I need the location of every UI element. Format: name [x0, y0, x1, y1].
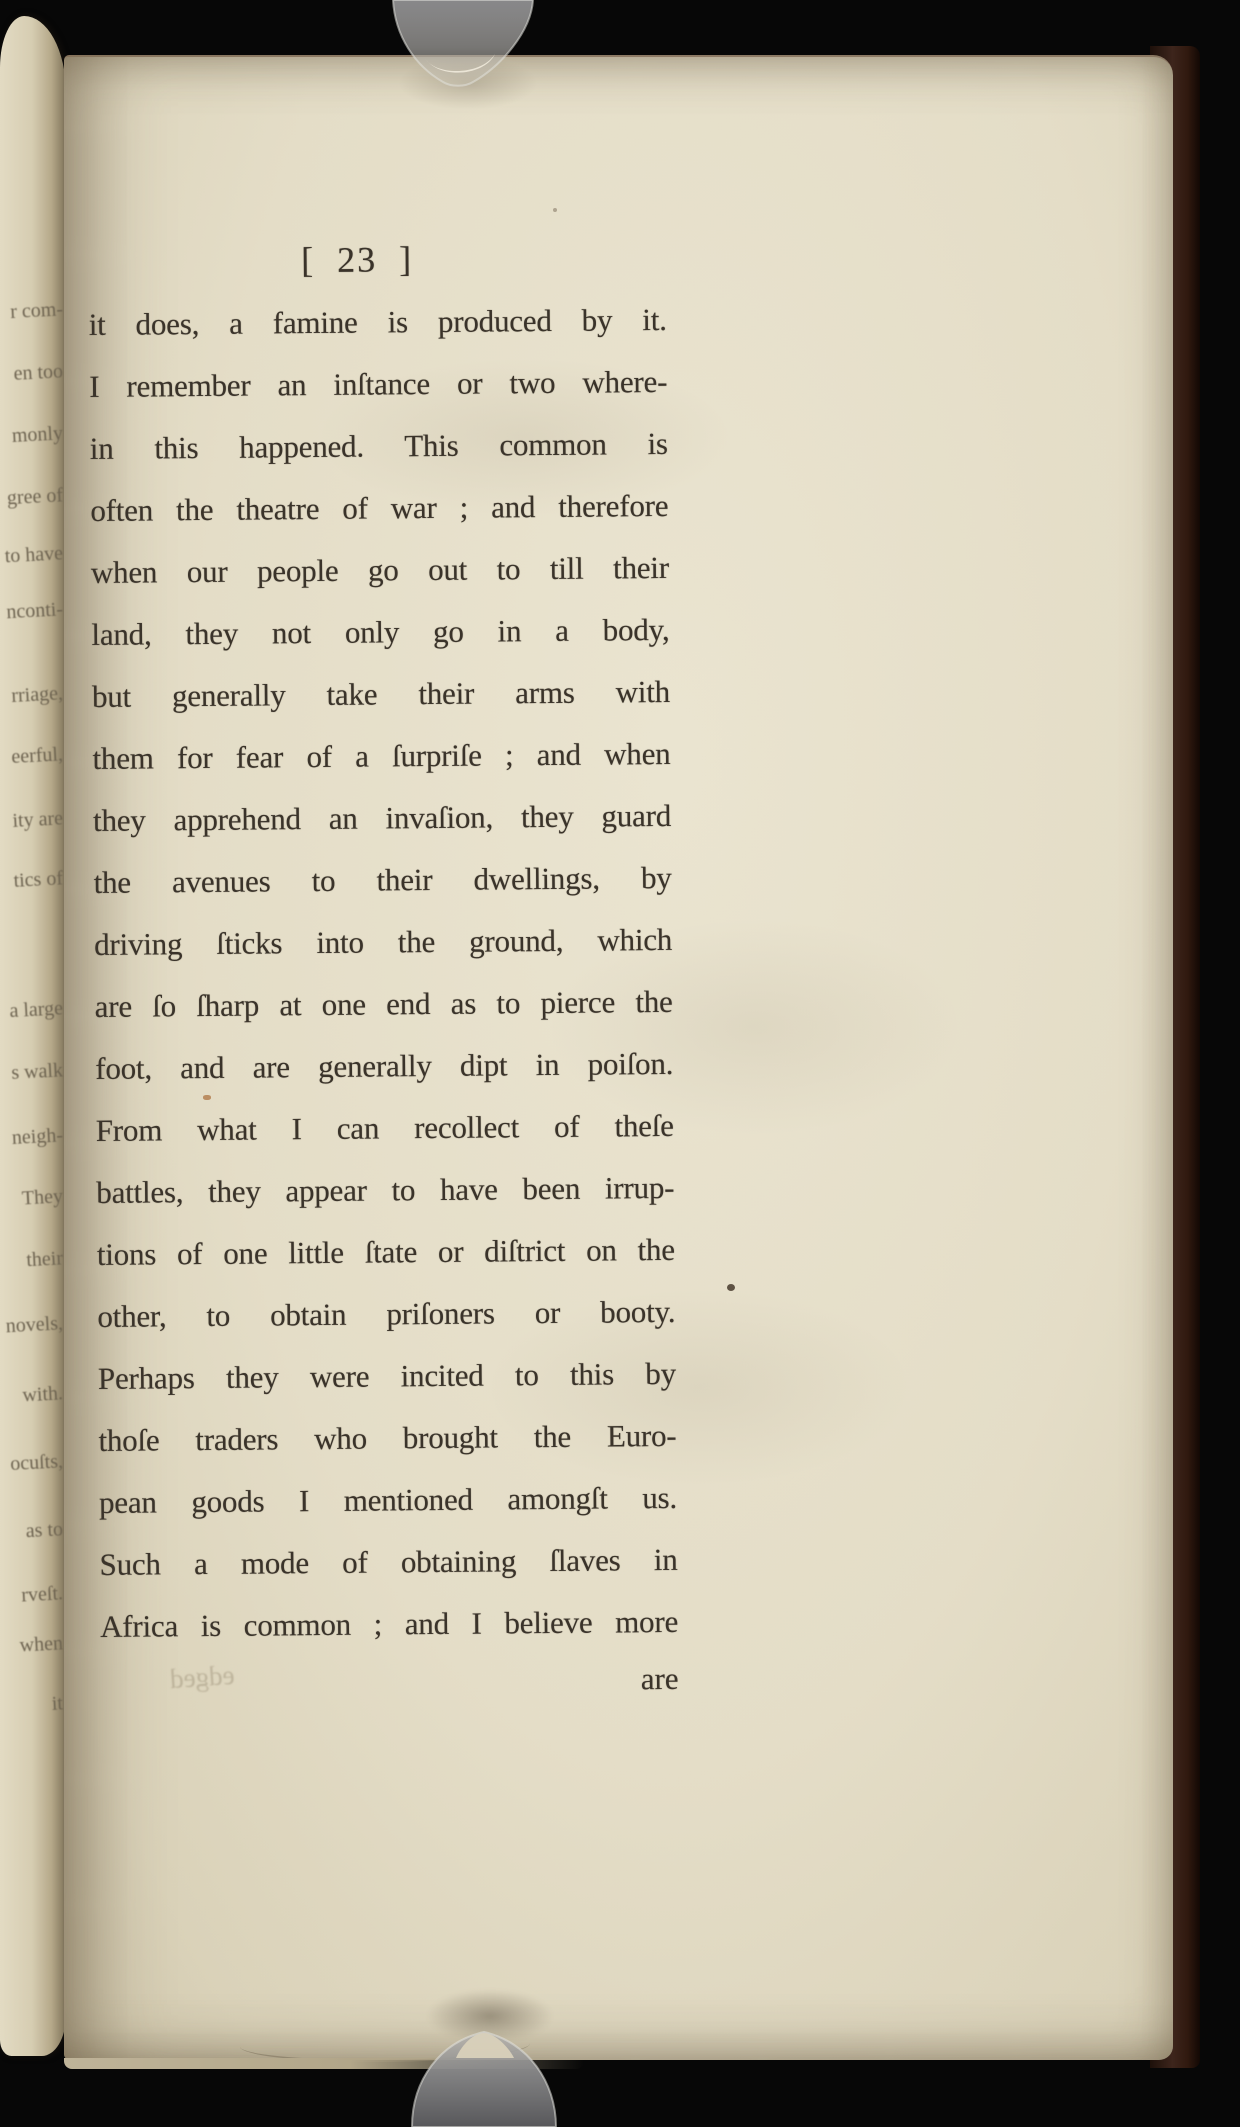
body-text: it does, a famine is produced by it.I re…	[88, 289, 678, 1658]
text-line: battles, they appear to have been irrup-	[96, 1157, 675, 1224]
text-line: driving ſticks into the ground, which	[94, 909, 673, 976]
margin-fragment: as to	[0, 1518, 64, 1543]
margin-fragment: rveſt.	[0, 1582, 64, 1607]
text-line: when our people go out to till their	[91, 537, 670, 604]
ghost-bleedthrough-text: edged	[169, 1660, 235, 1695]
margin-fragment: gree of	[0, 484, 64, 509]
margin-fragment: to have	[0, 542, 64, 567]
scan-background: { "book_page": { "header": "[ 23 ]", "li…	[0, 0, 1240, 2127]
text-line: I remember an inſtance or two where-	[89, 351, 668, 418]
text-line: are ſo ſharp at one end as to pierce the	[94, 971, 673, 1038]
text-line: other, to obtain priſoners or booty.	[97, 1281, 676, 1348]
margin-fragment: en too	[0, 360, 64, 385]
margin-fragment: with.	[0, 1382, 64, 1407]
margin-fragment: r com-	[0, 298, 64, 323]
text-line: Perhaps they were incited to this by	[98, 1343, 677, 1410]
book-scan: r com-en toomonlygree ofto havenconti-rr…	[0, 0, 1240, 2127]
text-line: but generally take their arms with	[92, 661, 671, 728]
paper-fleck	[203, 1095, 211, 1100]
text-line: foot, and are generally dipt in poiſon.	[95, 1033, 674, 1100]
text-line: From what I can recollect of theſe	[96, 1095, 675, 1162]
opposite-leaf-edge: r com-en toomonlygree ofto havenconti-rr…	[0, 0, 70, 2127]
margin-fragment: tics of	[0, 867, 64, 892]
text-line: thoſe traders who brought the Euro-	[98, 1405, 677, 1472]
margin-fragment: a large	[0, 997, 64, 1022]
margin-fragment: it	[0, 1692, 64, 1717]
margin-fragment: nconti-	[0, 598, 64, 623]
text-line: pean goods I mentioned amongſt us.	[99, 1467, 678, 1534]
margin-fragment: monly	[0, 422, 64, 447]
text-line: Africa is common ; and I believe more	[100, 1591, 679, 1658]
text-line: it does, a famine is produced by it.	[88, 289, 667, 356]
text-line: land, they not only go in a body,	[91, 599, 670, 666]
margin-fragment: ity are	[0, 807, 64, 832]
margin-fragment: novels,	[0, 1312, 64, 1337]
margin-fragment: rriage,	[0, 682, 64, 707]
text-line: tions of one little ſtate or diſtrict on…	[97, 1219, 676, 1286]
text-column: [ 23 ] it does, a famine is produced by …	[88, 235, 679, 1710]
ink-speck	[727, 1284, 735, 1291]
margin-fragment: their	[0, 1247, 64, 1272]
margin-fragment: neigh-	[0, 1124, 64, 1149]
margin-fragment: s walk	[0, 1059, 64, 1084]
margin-fragment: when	[0, 1632, 64, 1657]
page-holder-clamp-top	[383, 0, 548, 122]
paper-fleck	[553, 208, 557, 212]
text-line: often the theatre of war ; and therefore	[90, 475, 669, 542]
text-line: in this happened. This common is	[90, 413, 669, 480]
text-line: Such a mode of obtaining ſlaves in	[99, 1529, 678, 1596]
margin-fragment: They	[0, 1185, 64, 1210]
text-line: them for fear of a ſurpriſe ; and when	[92, 723, 671, 790]
clamp-shape	[393, 0, 533, 86]
page-number-header: [ 23 ]	[68, 235, 646, 294]
catchword: are	[641, 1661, 679, 1696]
text-line: they apprehend an invaſion, they guard	[93, 785, 672, 852]
margin-fragment: eerful,	[0, 743, 64, 768]
page-holder-clamp-bottom	[398, 2020, 570, 2127]
margin-fragment: ocuſts,	[0, 1450, 64, 1475]
text-line: the avenues to their dwellings, by	[93, 847, 672, 914]
